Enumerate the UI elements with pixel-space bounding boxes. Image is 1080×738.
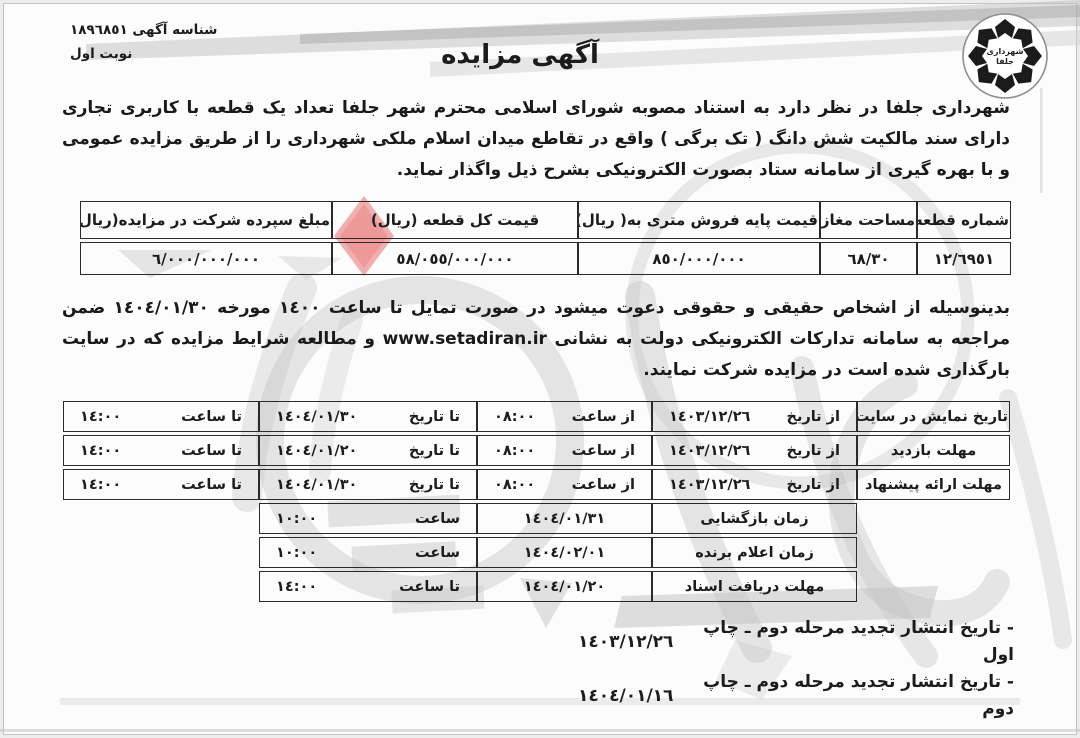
scanned-auction-notice: شناسه آگهی ١٨٩٦٨٥١ نوبت اول آگهی مزایده … xyxy=(0,0,1080,738)
row-label: زمان اعلام برنده xyxy=(652,537,857,568)
publication-date: ١٤٠٣/١٢/٢٦ xyxy=(578,629,673,656)
ad-id-label: شناسه آگهی ١٨٩٦٨٥١ xyxy=(70,18,220,42)
row-label: مهلت دریافت اسناد xyxy=(652,571,857,602)
empty-cell xyxy=(63,537,259,568)
invitation-paragraph: بدینوسیله از اشخاص حقیقی و حقوقی دعوت می… xyxy=(62,293,1010,386)
col-header-deposit: مبلغ سپرده شرکت در مزایده(ریال) xyxy=(80,201,332,239)
to-time-cell: تا ساعت١٤:٠٠ xyxy=(63,435,259,466)
date-cell: ١٤٠٤/٠١/٣١ xyxy=(477,503,652,534)
publication-text: - تاریخ انتشار تجدید مرحله دوم ـ چاپ اول xyxy=(673,615,1014,669)
publication-dates-block: - تاریخ انتشار تجدید مرحله دوم ـ چاپ اول… xyxy=(578,615,1014,723)
date-cell: ١٤٠٤/٠١/٢٠ xyxy=(477,571,652,602)
empty-cell xyxy=(857,571,1010,602)
to-date-cell: تا تاریخ١٤٠٤/٠١/٣٠ xyxy=(259,469,477,500)
schedule-table: تاریخ نمایش در سایت از تاریخ١٤٠٣/١٢/٢٦ ا… xyxy=(63,398,1010,605)
round-label: نوبت اول xyxy=(70,42,220,66)
to-time-cell: تا ساعت١٤:٠٠ xyxy=(63,469,259,500)
plot-number-value: ١٢/٦٩٥١ xyxy=(917,242,1011,275)
publication-line-first-print: - تاریخ انتشار تجدید مرحله دوم ـ چاپ اول… xyxy=(578,615,1014,669)
schedule-row-visit-deadline: مهلت بازدید از تاریخ١٤٠٣/١٢/٢٦ از ساعت٠٨… xyxy=(63,435,1010,466)
row-label: مهلت بازدید xyxy=(857,435,1010,466)
empty-cell xyxy=(63,571,259,602)
publication-line-second-print: - تاریخ انتشار تجدید مرحله دوم ـ چاپ دوم… xyxy=(578,669,1014,723)
row-label: تاریخ نمایش در سایت xyxy=(857,401,1010,432)
municipality-logo: شهرداری جلفا xyxy=(960,11,1050,101)
col-header-total-price: قیمت کل قطعه (ریال) xyxy=(332,201,578,239)
total-price-value: ٥٨/٠٥٥/٠٠٠/٠٠٠ xyxy=(332,242,578,275)
shop-area-value: ٦٨/٣٠ xyxy=(820,242,917,275)
publication-text: - تاریخ انتشار تجدید مرحله دوم ـ چاپ دوم xyxy=(673,669,1014,723)
from-time-cell: از ساعت٠٨:٠٠ xyxy=(477,401,652,432)
page-title: آگهی مزایده xyxy=(400,40,640,70)
to-date-cell: تا تاریخ١٤٠٤/٠١/٣٠ xyxy=(259,401,477,432)
col-header-base-price: قیمت پایه فروش متری به( ریال) xyxy=(578,201,820,239)
from-date-cell: از تاریخ١٤٠٣/١٢/٢٦ xyxy=(652,401,857,432)
time-cell: ساعت١٠:٠٠ xyxy=(259,537,477,568)
empty-cell xyxy=(857,537,1010,568)
schedule-row-display-date: تاریخ نمایش در سایت از تاریخ١٤٠٣/١٢/٢٦ ا… xyxy=(63,401,1010,432)
schedule-row-opening-time: زمان بازگشایی ١٤٠٤/٠١/٣١ ساعت١٠:٠٠ xyxy=(63,503,1010,534)
deposit-value: ٦/٠٠٠/٠٠٠/٠٠٠ xyxy=(80,242,332,275)
date-cell: ١٤٠٤/٠٢/٠١ xyxy=(477,537,652,568)
base-price-value: ٨٥٠/٠٠٠/٠٠٠ xyxy=(578,242,820,275)
to-date-cell: تا تاریخ١٤٠٤/٠١/٢٠ xyxy=(259,435,477,466)
price-table-value-row: ١٢/٦٩٥١ ٦٨/٣٠ ٨٥٠/٠٠٠/٠٠٠ ٥٨/٠٥٥/٠٠٠/٠٠٠… xyxy=(80,242,1011,275)
empty-cell xyxy=(63,503,259,534)
schedule-row-offer-deadline: مهلت ارائه پیشنهاد از تاریخ١٤٠٣/١٢/٢٦ از… xyxy=(63,469,1010,500)
from-time-cell: از ساعت٠٨:٠٠ xyxy=(477,469,652,500)
row-label: مهلت ارائه پیشنهاد xyxy=(857,469,1010,500)
publication-date: ١٤٠٤/٠١/١٦ xyxy=(578,683,673,710)
col-header-plot-number: شماره قطعه xyxy=(917,201,1011,239)
from-time-cell: از ساعت٠٨:٠٠ xyxy=(477,435,652,466)
price-table: شماره قطعه مساحت مغازه قیمت پایه فروش مت… xyxy=(80,198,1011,278)
logo-text-bottom: جلفا xyxy=(996,57,1014,66)
empty-cell xyxy=(857,503,1010,534)
schedule-row-document-deadline: مهلت دریافت اسناد ١٤٠٤/٠١/٢٠ تا ساعت١٤:٠… xyxy=(63,571,1010,602)
price-table-header-row: شماره قطعه مساحت مغازه قیمت پایه فروش مت… xyxy=(80,201,1011,239)
time-cell: ساعت١٠:٠٠ xyxy=(259,503,477,534)
ad-id-block: شناسه آگهی ١٨٩٦٨٥١ نوبت اول xyxy=(70,18,220,66)
to-time-cell: تا ساعت١٤:٠٠ xyxy=(63,401,259,432)
time-cell: تا ساعت١٤:٠٠ xyxy=(259,571,477,602)
from-date-cell: از تاریخ١٤٠٣/١٢/٢٦ xyxy=(652,469,857,500)
row-label: زمان بازگشایی xyxy=(652,503,857,534)
schedule-row-winner-announcement: زمان اعلام برنده ١٤٠٤/٠٢/٠١ ساعت١٠:٠٠ xyxy=(63,537,1010,568)
logo-text-top: شهرداری xyxy=(987,47,1024,56)
from-date-cell: از تاریخ١٤٠٣/١٢/٢٦ xyxy=(652,435,857,466)
col-header-shop-area: مساحت مغازه xyxy=(820,201,917,239)
intro-paragraph: شهرداری جلفا در نظر دارد به استناد مصوبه… xyxy=(62,93,1010,186)
